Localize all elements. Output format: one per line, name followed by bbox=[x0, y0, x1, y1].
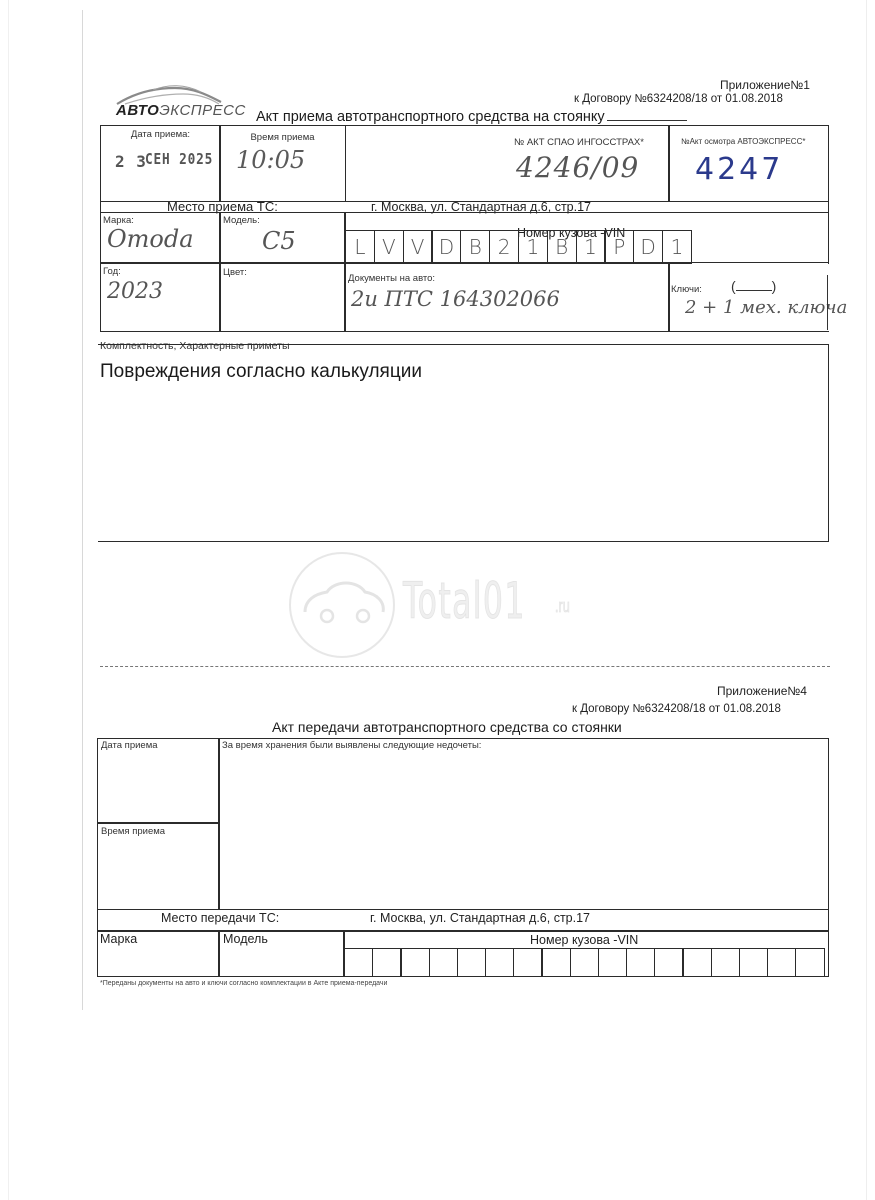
scan-artifact-line bbox=[866, 0, 867, 1200]
logo-bold: АВТО bbox=[116, 102, 159, 119]
company-logo: АВТОЭКСПРЕСС bbox=[113, 80, 225, 124]
footnote: *Переданы документы на авто и ключи согл… bbox=[100, 980, 387, 987]
time-label: Время приема bbox=[101, 826, 165, 837]
vin-char-cell bbox=[626, 948, 655, 977]
color-cell: Цвет: bbox=[219, 262, 346, 332]
documents-label: Документы на авто: bbox=[348, 273, 435, 284]
vin-char-cell bbox=[372, 948, 401, 977]
keys-label: Ключи: bbox=[671, 284, 702, 295]
color-label: Цвет: bbox=[223, 267, 247, 278]
vin-char-cell bbox=[344, 948, 373, 977]
documents-value: 2и ПТС 164302066 bbox=[351, 287, 560, 311]
vin-char-cell bbox=[654, 948, 683, 977]
vin-char-cell bbox=[795, 948, 824, 977]
model-cell: Модель: C5 bbox=[219, 212, 346, 264]
inspection-act-value: 4247 bbox=[695, 152, 783, 187]
contract-reference: к Договору №6324208/18 от 01.08.2018 bbox=[574, 93, 783, 105]
watermark-name: Total01 bbox=[403, 572, 526, 630]
form-title-text: Акт приема автотранспортного средства на… bbox=[256, 109, 605, 125]
time-label: Время приема bbox=[220, 132, 345, 143]
scan-artifact-line bbox=[8, 0, 9, 1200]
year-value: 2023 bbox=[107, 279, 163, 304]
inspection-act-cell: №Акт осмотра АВТОЭКСПРЕСС* 4247 bbox=[668, 125, 829, 202]
vin-char-cell bbox=[429, 948, 458, 977]
brand-cell: Марка: Omoda bbox=[100, 212, 221, 264]
scan-artifact-line bbox=[82, 10, 83, 1010]
vin-char-cell bbox=[400, 948, 429, 977]
vin-grid bbox=[344, 948, 825, 977]
keys-value: 2 + 1 мех. ключа bbox=[685, 297, 847, 318]
title-blank-line bbox=[607, 108, 687, 121]
equipment-box: Повреждения согласно калькуляции bbox=[98, 344, 829, 542]
date-cell: Дата приема bbox=[97, 738, 220, 824]
vin-char-cell bbox=[485, 948, 514, 977]
cut-line bbox=[100, 666, 830, 667]
date-label: Дата приема bbox=[101, 740, 158, 751]
vin-char-cell: L bbox=[345, 230, 375, 264]
watermark: Total01 .ru bbox=[287, 550, 597, 660]
time-value: 10:05 bbox=[236, 146, 305, 174]
logo-light: ЭКСПРЕСС bbox=[159, 102, 245, 119]
vin-label: Номер кузова -VIN bbox=[530, 933, 638, 947]
model-value: C5 bbox=[262, 227, 296, 255]
brand-value: Omoda bbox=[107, 225, 194, 253]
form-title: Акт приема автотранспортного средства на… bbox=[256, 108, 687, 125]
vin-char-cell: P bbox=[604, 230, 634, 264]
vin-char-cell: 2 bbox=[489, 230, 519, 264]
watermark-suffix: .ru bbox=[555, 596, 570, 617]
vin-char-cell: 1 bbox=[576, 230, 606, 264]
vin-char-cell bbox=[598, 948, 627, 977]
vin-char-cell bbox=[767, 948, 796, 977]
vin-char-cell bbox=[682, 948, 711, 977]
date-cell: Дата приема: 2 3 СЕН 2025 bbox=[100, 125, 221, 202]
vin-char-cell: B bbox=[547, 230, 577, 264]
vin-char-cell: 1 bbox=[518, 230, 548, 264]
vin-char-cell bbox=[457, 948, 486, 977]
vin-char-cell bbox=[711, 948, 740, 977]
contract-reference: к Договору №6324208/18 от 01.08.2018 bbox=[572, 703, 781, 715]
brand-cell: Марка bbox=[97, 930, 220, 977]
keys-right-border bbox=[827, 275, 828, 330]
vin-char-cell bbox=[513, 948, 542, 977]
vin-char-cell: D bbox=[431, 230, 461, 264]
keys-cell: Ключи: () 2 + 1 мех. ключа bbox=[668, 262, 829, 332]
year-cell: Год: 2023 bbox=[100, 262, 221, 332]
car-logo-icon bbox=[287, 550, 397, 660]
vin-char-cell: B bbox=[460, 230, 490, 264]
date-stamp-day: 2 3 bbox=[115, 152, 147, 171]
defects-cell: За время хранения были выявлены следующи… bbox=[218, 738, 829, 910]
inspection-act-label: №Акт осмотра АВТОЭКСПРЕСС* bbox=[681, 137, 805, 146]
place-row: Место передачи ТС: г. Москва, ул. Станда… bbox=[97, 908, 829, 932]
watermark-text: Total01 bbox=[403, 572, 526, 630]
documents-cell: Документы на авто: 2и ПТС 164302066 bbox=[344, 262, 670, 332]
vin-char-cell: D bbox=[633, 230, 663, 264]
model-label: Модель: bbox=[223, 215, 260, 226]
place-value: г. Москва, ул. Стандартная д.6, стр.17 bbox=[370, 911, 590, 925]
vin-char-cell: V bbox=[374, 230, 404, 264]
equipment-value: Повреждения согласно калькуляции bbox=[100, 361, 422, 383]
appendix-number: Приложение№1 bbox=[720, 78, 810, 92]
logo-text: АВТОЭКСПРЕСС bbox=[116, 102, 246, 119]
vin-char-cell bbox=[541, 948, 570, 977]
brand-label: Марка bbox=[100, 932, 137, 946]
ingos-act-label: № АКТ СПАО ИНГОССТРАХ* bbox=[514, 137, 644, 148]
time-cell: Время приема bbox=[97, 822, 220, 910]
time-cell: Время приема 10:05 bbox=[219, 125, 346, 202]
appendix-number: Приложение№4 bbox=[717, 684, 807, 698]
vin-char-cell bbox=[570, 948, 599, 977]
model-label: Модель bbox=[223, 932, 268, 946]
vin-char-cell: 1 bbox=[662, 230, 692, 264]
place-label: Место передачи ТС: bbox=[161, 911, 279, 925]
ingos-act-value: 4246/09 bbox=[516, 151, 639, 184]
date-stamp-month-year: СЕН 2025 bbox=[145, 150, 213, 168]
vin-char-cell: V bbox=[403, 230, 433, 264]
defects-label: За время хранения были выявлены следующи… bbox=[222, 740, 481, 751]
keys-blank-bracket: () bbox=[731, 278, 776, 294]
form-title: Акт передачи автотранспортного средства … bbox=[272, 719, 622, 735]
year-label: Год: bbox=[103, 266, 121, 277]
model-cell: Модель bbox=[218, 930, 345, 977]
vin-char-cell bbox=[739, 948, 768, 977]
date-label: Дата приема: bbox=[101, 129, 220, 140]
vin-grid: LVVDB21B1PD1 bbox=[345, 230, 692, 264]
ingos-act-cell: № АКТ СПАО ИНГОССТРАХ* 4246/09 bbox=[344, 125, 670, 202]
